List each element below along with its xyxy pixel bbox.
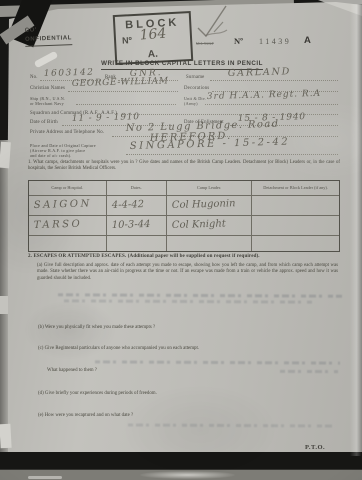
field-no-value: 1603142 [44, 68, 95, 79]
camp-leader: Col Hugonin [172, 198, 236, 211]
bleed-through-text [280, 370, 338, 373]
rule-line [126, 154, 338, 155]
camp-table-header-camp: Camp or Hospital. [29, 181, 107, 196]
block-stamp-letter: A. [148, 49, 159, 61]
pto-label: P.T.O. [305, 444, 325, 451]
rule-line [68, 91, 178, 92]
serial-suffix: A [304, 35, 311, 46]
page-right-edge-shading [350, 4, 362, 456]
camp-table-row: 10-3-44 [107, 216, 167, 236]
camp-table-row: TARSO [29, 216, 107, 236]
field-dob-label: Date of Birth [30, 120, 58, 125]
section-2-heading: 2. ESCAPES OR ATTEMPTED ESCAPES. (Additi… [28, 254, 340, 259]
instruction-heading: WRITE IN BLOCK CAPITAL LETTERS IN PENCIL [72, 60, 292, 67]
camp-table-row [252, 216, 339, 236]
scanned-pow-questionnaire: CO' ONFIDENTIAL BLOCK Nº 164 A. M.I. 9/J… [0, 0, 362, 480]
camp-table-header-dates: Dates. [107, 181, 167, 196]
field-no-label: No. [30, 75, 38, 80]
block-stamp-no-value: 164 [139, 26, 167, 44]
pencil-checkmark-scribble [192, 2, 242, 40]
surface-highlight [140, 471, 235, 479]
question-1-text: 1. What camps, detachments or hospitals … [28, 160, 340, 173]
rule-line [76, 104, 176, 105]
field-address-label: Private Address and Telephone No. [30, 130, 104, 135]
camp-name: SAIGON [34, 198, 92, 211]
page-edge-fragment [0, 296, 8, 314]
camp-table-row: Col Hugonin [167, 196, 252, 216]
question-2b: (b) Were you physically fit when you mad… [38, 325, 155, 330]
field-capture-label-line3: and date of a/c crash). [30, 153, 71, 158]
camp-table-header-leader: Camp Leader. [167, 181, 252, 196]
section-2a-text: (a) Give full description and approx. da… [37, 263, 338, 282]
page-edge-fragment [0, 142, 11, 169]
question-2d: (d) Give briefly your experiences during… [38, 391, 157, 396]
camp-leader: Col Knight [172, 218, 226, 231]
field-surname-value: GARLAND [228, 66, 292, 79]
page-edge-fragment [0, 424, 12, 449]
camp-table-empty-row [29, 236, 107, 251]
serial-no-label: Nº [234, 36, 243, 46]
camp-table-empty-row [107, 236, 167, 251]
camp-table-row: 4-4-42 [107, 196, 167, 216]
serial-dept-label: M.I. 9/JAP [196, 41, 214, 46]
confidential-stamp-line2: ONFIDENTIAL [25, 34, 72, 47]
camp-table-empty-row [252, 236, 339, 251]
camp-table-row [252, 196, 339, 216]
camp-name: TARSO [34, 219, 83, 231]
field-ship-label-line2: or Merchant Navy [30, 101, 64, 106]
serial-number: 11439 [259, 37, 291, 46]
camp-table-header-detachment: Detachment or Block Leader (if any). [252, 181, 339, 196]
rule-line [205, 104, 338, 105]
block-stamp-no-label: Nº [122, 35, 132, 45]
camp-table: Camp or Hospital. Dates. Camp Leader. De… [28, 180, 340, 252]
field-unit-label-line2: (Army) [184, 101, 198, 106]
field-decorations-label: Decorations [184, 86, 209, 91]
question-2c: (c) Give Regimental particulars of anyon… [38, 346, 199, 351]
camp-table-row: Col Knight [167, 216, 252, 236]
surface-highlight [28, 476, 62, 479]
camp-table-row: SAIGON [29, 196, 107, 216]
camp-date: 10-3-44 [111, 219, 150, 231]
field-christian-names-label: Christian Names [30, 86, 65, 91]
block-number-stamp: BLOCK Nº 164 A. [113, 11, 194, 65]
rule-line [210, 80, 338, 81]
field-surname-label: Surname [186, 75, 204, 80]
question-2c-followup: What happened to them ? [47, 368, 97, 373]
camp-date: 4-4-42 [111, 199, 144, 211]
question-2e: (e) How were you recaptured and on what … [38, 413, 133, 418]
confidential-stamp: CO' ONFIDENTIAL [25, 25, 73, 47]
camp-table-empty-row [167, 236, 252, 251]
